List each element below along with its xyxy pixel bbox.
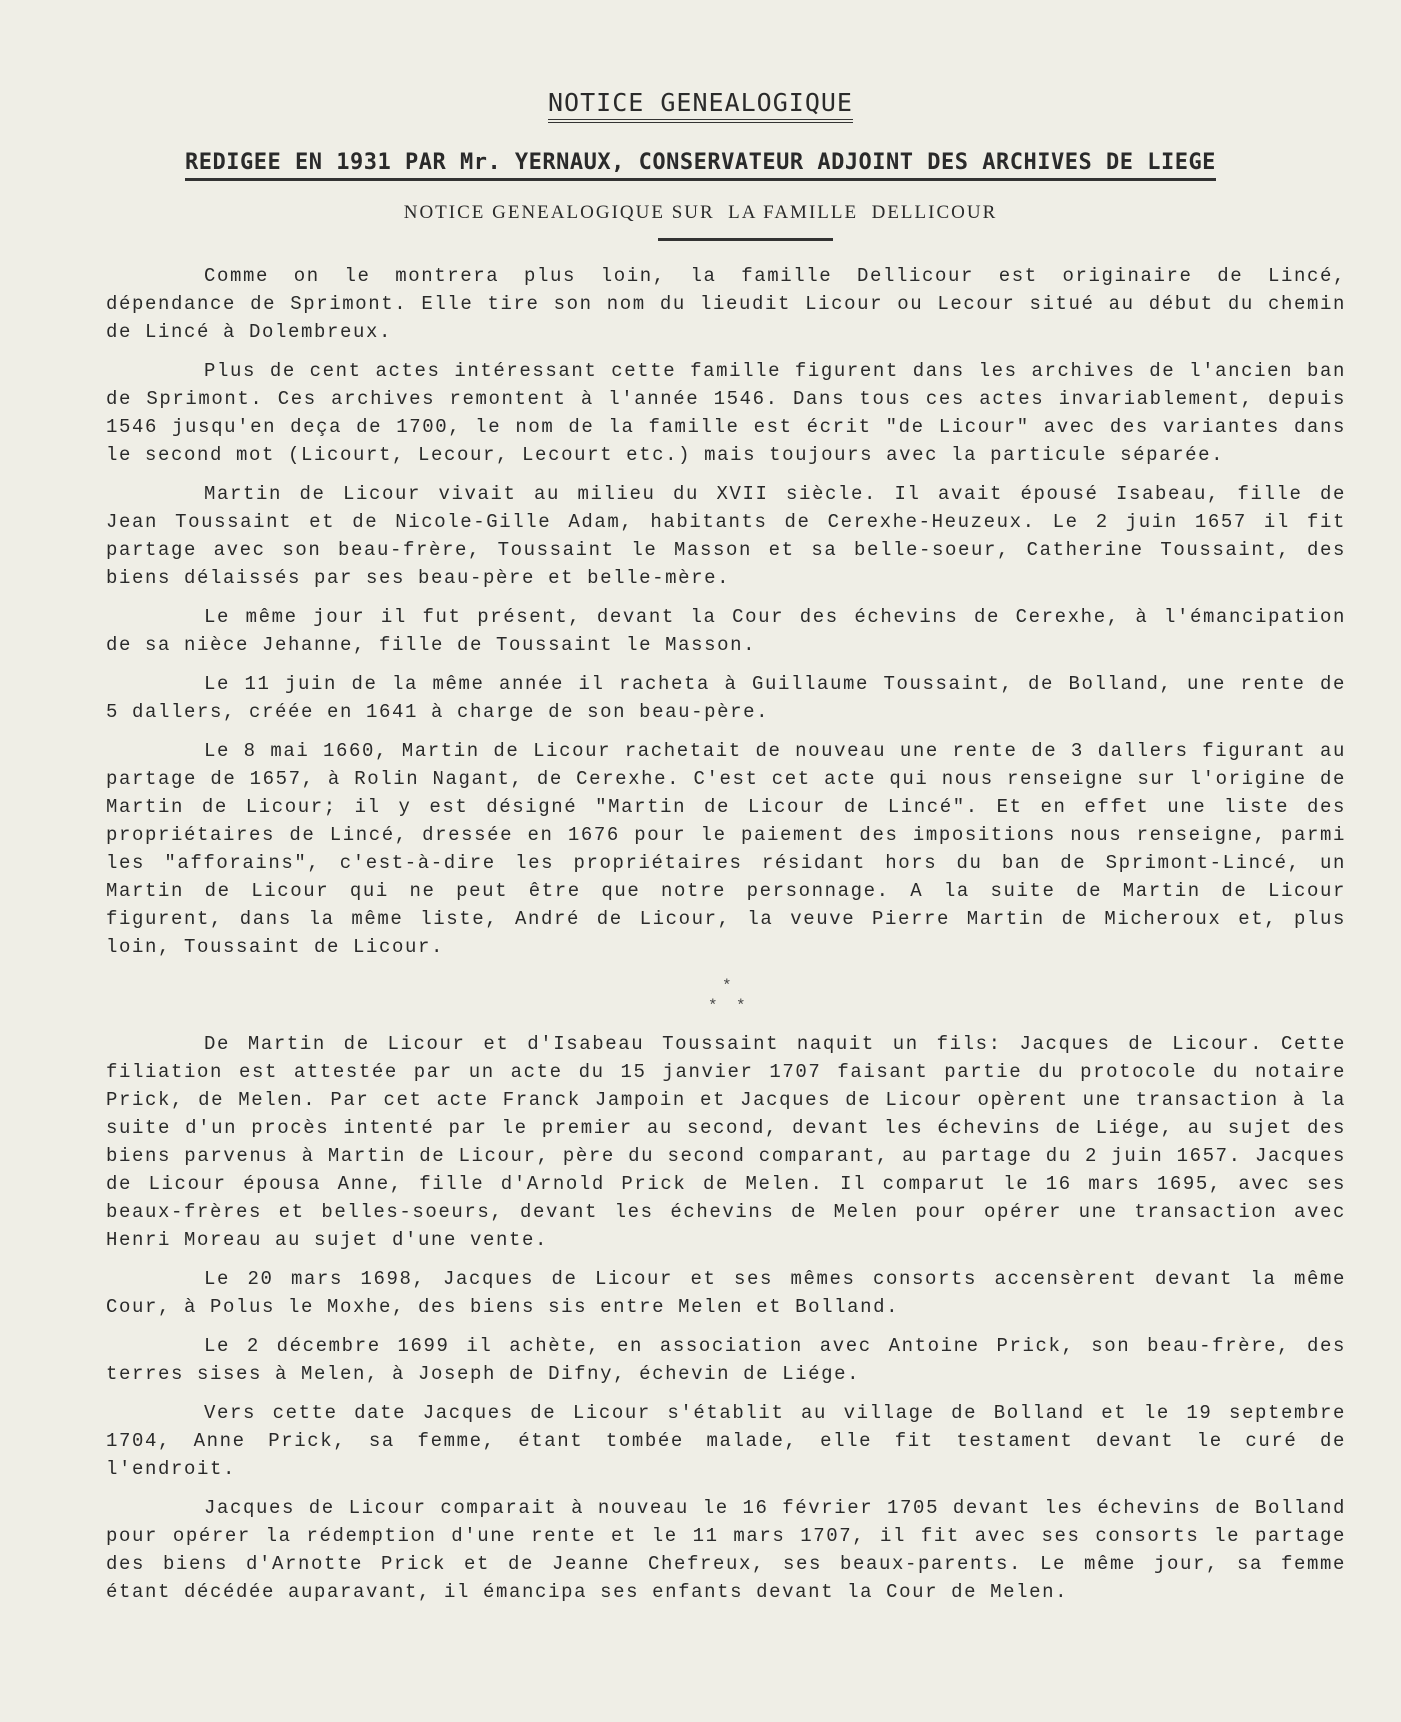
document-subtitle: REDIGEE EN 1931 PAR Mr. YERNAUX, CONSERV… (0, 150, 1401, 175)
heading-rule (658, 238, 833, 241)
paragraph: Plus de cent actes intéressant cette fam… (106, 357, 1346, 469)
document-heading: NOTICE GENEALOGIQUE SUR LA FAMILLE DELLI… (0, 202, 1401, 224)
document-title-text: NOTICE GENEALOGIQUE (548, 88, 853, 123)
document-body: Comme on le montrera plus loin, la famil… (106, 262, 1346, 1617)
paragraph: Vers cette date Jacques de Licour s'étab… (106, 1399, 1346, 1483)
paragraph: Martin de Licour vivait au milieu du XVI… (106, 480, 1346, 592)
paragraph: Le 20 mars 1698, Jacques de Licour et se… (106, 1265, 1346, 1321)
asterisk-icon: * (708, 992, 719, 1020)
paragraph: Le 2 décembre 1699 il achète, en associa… (106, 1332, 1346, 1388)
paragraph: Le 11 juin de la même année il racheta à… (106, 670, 1346, 726)
asterisk-icon: * (722, 972, 733, 1000)
paragraph: Le même jour il fut présent, devant la C… (106, 603, 1346, 659)
asterisk-icon: * (736, 992, 747, 1020)
paragraph: De Martin de Licour et d'Isabeau Toussai… (106, 1030, 1346, 1254)
paragraph: Le 8 mai 1660, Martin de Licour rachetai… (106, 737, 1346, 961)
document-page: NOTICE GENEALOGIQUE REDIGEE EN 1931 PAR … (0, 0, 1401, 1722)
section-separator: * * * (106, 972, 1346, 1024)
document-subtitle-text: REDIGEE EN 1931 PAR Mr. YERNAUX, CONSERV… (185, 150, 1216, 181)
paragraph: Jacques de Licour comparait à nouveau le… (106, 1494, 1346, 1606)
document-title: NOTICE GENEALOGIQUE (0, 88, 1401, 117)
paragraph: Comme on le montrera plus loin, la famil… (106, 262, 1346, 346)
